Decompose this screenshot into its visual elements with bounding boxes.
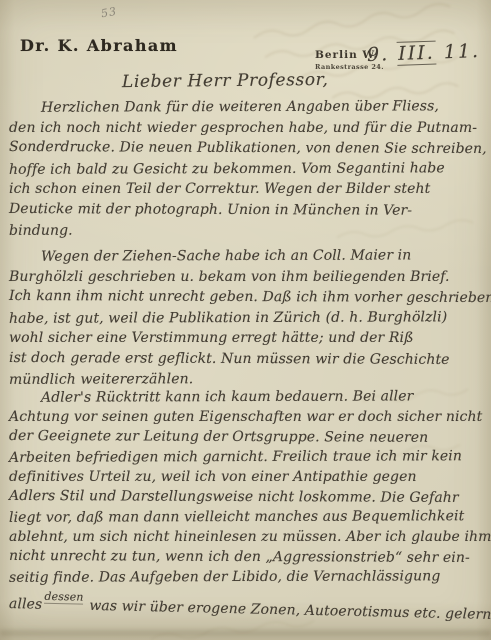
handwritten-line: ablehnt, um sich nicht hineinlesen zu mü… bbox=[9, 527, 486, 547]
handwritten-line: Adler's Rücktritt kann ich kaum bedauern… bbox=[9, 386, 486, 408]
handwritten-line: Arbeiten befriedigen mich garnicht. Frei… bbox=[9, 446, 486, 468]
handwritten-line: seitig finde. Das Aufgeben der Libido, d… bbox=[9, 566, 486, 588]
pencil-page-number: 53 bbox=[100, 5, 118, 21]
last-line-rest: was wir über erogene Zonen, Autoerotismu… bbox=[89, 598, 491, 623]
letterhead-name: Dr. K. Abraham bbox=[20, 36, 178, 55]
handwritten-line: ich schon einen Teil der Correktur. Wege… bbox=[9, 179, 486, 200]
date-month-roman: III. bbox=[397, 41, 436, 66]
handwritten-line: der Geeignete zur Leitung der Ortsgruppe… bbox=[9, 426, 486, 448]
handwritten-line: Deuticke mit der photograph. Union in Mü… bbox=[9, 198, 486, 221]
handwritten-line: Burghölzli geschrieben u. bekam von ihm … bbox=[9, 267, 486, 288]
handwritten-line: nicht unrecht zu tun, wenn ich den „Aggr… bbox=[9, 546, 486, 568]
handwritten-line: liegt vor, daß man dann vielleicht manch… bbox=[9, 506, 486, 528]
handwritten-line: habe, ist gut, weil die Publikation in Z… bbox=[9, 307, 486, 329]
handwritten-line: Herzlichen Dank für die weiteren Angaben… bbox=[9, 96, 486, 118]
paragraph-thanks: Herzlichen Dank für die weiteren Angaben… bbox=[9, 97, 486, 241]
salutation: Lieber Herr Professor, bbox=[122, 70, 329, 92]
handwritten-line: den ich noch nicht wieder gesprochen hab… bbox=[9, 118, 486, 139]
paragraph-ziehen: Wegen der Ziehen-Sache habe ich an Coll.… bbox=[9, 246, 486, 390]
handwritten-date: 9. III. 11. bbox=[367, 40, 481, 66]
handwritten-line: Achtung vor seinen guten Eigenschaften w… bbox=[9, 407, 486, 427]
handwritten-line: Sonderdrucke. Die neuen Publikationen, v… bbox=[9, 137, 486, 160]
letter-scan: 53 Dr. K. Abraham Berlin W. Rankestrasse… bbox=[0, 0, 491, 640]
date-day: 9. bbox=[367, 43, 390, 66]
date-year: 11. bbox=[443, 40, 480, 63]
handwritten-line: definitives Urteil zu, weil ich von eine… bbox=[9, 467, 486, 487]
handwritten-line: wohl sicher eine Verstimmung erregt hätt… bbox=[9, 328, 486, 349]
handwritten-line: ist doch gerade erst geflickt. Nun müsse… bbox=[9, 347, 486, 370]
paragraph-adler: Adler's Rücktritt kann ich kaum bedauern… bbox=[9, 387, 486, 615]
handwritten-line: Adlers Stil und Darstellungsweise nicht … bbox=[9, 486, 486, 508]
handwritten-line-with-insertion: allesdessenwas wir über erogene Zonen, A… bbox=[9, 594, 486, 626]
page-bottom-edge-shadow bbox=[0, 630, 491, 636]
handwritten-line: Ich kann ihm nicht unrecht geben. Daß ic… bbox=[9, 286, 486, 309]
handwritten-line: bindung. bbox=[9, 219, 486, 241]
handwritten-line: Wegen der Ziehen-Sache habe ich an Coll.… bbox=[9, 245, 486, 267]
handwritten-line: hoffe ich bald zu Gesicht zu bekommen. V… bbox=[9, 158, 486, 180]
inserted-word-above-line: dessen bbox=[44, 590, 83, 605]
last-line-start: alles bbox=[9, 596, 43, 613]
